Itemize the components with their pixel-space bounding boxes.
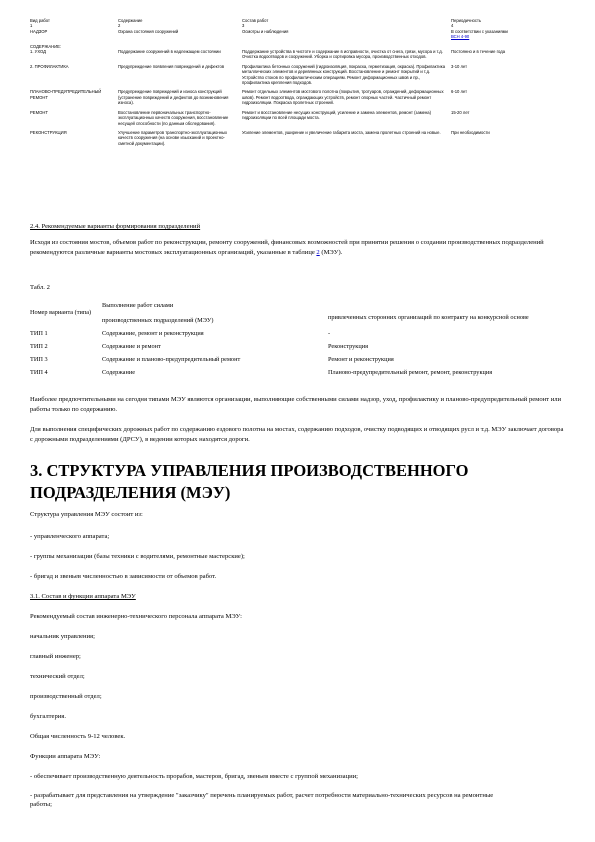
section-3-heading: 3. СТРУКТУРА УПРАВЛЕНИЯ ПРОИЗВОДСТВЕННОГ…: [30, 460, 570, 504]
table-cell: -: [328, 330, 573, 337]
table-cell: Усиление элементов, уширение и увеличени…: [242, 130, 451, 146]
table-cell: РЕКОНСТРУКЦИЯ: [30, 130, 118, 146]
table-cell: Содержание, ремонт и реконструкция: [102, 330, 328, 337]
table-cell: Содержание: [102, 369, 328, 376]
table-caption: Табл. 2: [30, 284, 50, 291]
table-cell: При необходимости: [451, 130, 541, 146]
list-item: технический отдел;: [30, 673, 85, 680]
type-cell: ТИП 4: [30, 369, 102, 376]
table-cell: Предупреждение появления повреждений и д…: [118, 64, 242, 86]
vsn-link[interactable]: ВСН 4-90: [451, 34, 469, 39]
table-cell: Восстановление первоначальных транспортн…: [118, 110, 242, 126]
table-cell: 3-10 лет: [451, 64, 541, 86]
type-cell: ТИП 2: [30, 343, 102, 350]
table-cell: Предупреждение повреждений и износа конс…: [118, 89, 242, 105]
table-row: ТИП 1 Содержание, ремонт и реконструкция…: [30, 330, 575, 343]
list-item: главный инженер;: [30, 653, 81, 660]
table-cell: Ремонт и реконструкция: [328, 356, 573, 363]
table-cell: 1. УХОД: [30, 49, 118, 60]
table-cell: Ремонт отдельных элементов мостового пол…: [242, 89, 451, 105]
paragraph-text: Исходя из состояния мостов, объемов рабо…: [30, 239, 544, 256]
table-cell: 15-20 лет: [451, 110, 541, 126]
type-cell: ТИП 3: [30, 356, 102, 363]
table-cell: Планово-предупредительный ремонт, ремонт…: [328, 369, 573, 376]
paragraph: Рекомендуемый состав инженерно-техническ…: [30, 613, 242, 620]
table-cell: Постоянно и в течение года: [451, 49, 541, 60]
table-row: РЕКОНСТРУКЦИЯ Улучшение параметров транс…: [30, 130, 575, 146]
table-row: ПЛАНОВО-ПРЕДУПРЕДИТЕЛЬНЫЙ РЕМОНТ Предупр…: [30, 89, 575, 105]
paragraph: Функции аппарата МЭУ:: [30, 753, 100, 760]
table-cell: Профилактика бетонных сооружений (гидрои…: [242, 64, 451, 86]
table-row: РЕМОНТ Восстановление первоначальных тра…: [30, 110, 575, 126]
list-item: начальник управления;: [30, 633, 95, 640]
table-cell: Содержание и ремонт: [102, 343, 328, 350]
list-item: производственный отдел;: [30, 693, 102, 700]
list-item: - разрабатывает для представления на утв…: [30, 791, 510, 809]
list-item: - обеспечивает производственную деятельн…: [30, 773, 358, 780]
paragraph: Общая численность 9-12 человек.: [30, 733, 125, 740]
table-cell: НАДЗОР: [30, 29, 118, 40]
header-cell: Номер варианта (типа): [30, 308, 102, 317]
table-row: ТИП 2 Содержание и ремонт Реконструкция: [30, 343, 575, 356]
table-cell: Поддержание устройства в чистоте и содер…: [242, 49, 451, 60]
paragraph-text: (МЭУ).: [320, 249, 343, 256]
document-page: Вид работ Содержание Состав работ Период…: [0, 0, 595, 842]
table-cell: Улучшение параметров транспортно-эксплуа…: [118, 130, 242, 146]
paragraph: Для выполнения специфических дорожных ра…: [30, 425, 565, 445]
table-cell: Ремонт и восстановление несущих конструк…: [242, 110, 451, 126]
type-cell: ТИП 1: [30, 330, 102, 337]
table-row: ТИП 3 Содержание и планово-предупредител…: [30, 356, 575, 369]
list-item: - группы механизации (базы техники с вод…: [30, 553, 245, 560]
table-row: ТИП 4 Содержание Планово-предупредительн…: [30, 369, 575, 382]
table-row: 1. УХОД Поддержание сооружений в надлежа…: [30, 49, 575, 60]
paragraph: Структура управления МЭУ состоит из:: [30, 511, 143, 518]
list-item: бухгалтерия.: [30, 713, 66, 720]
table-cell: Содержание и планово-предупредительный р…: [102, 356, 328, 363]
table-row: НАДЗОР Охрана состояния сооружений Осмот…: [30, 29, 575, 40]
table-cell: 6-10 лет: [451, 89, 541, 105]
table-cell: РЕМОНТ: [30, 110, 118, 126]
table-row: 2. ПРОФИЛАКТИКА Предупреждение появления…: [30, 64, 575, 86]
table-cell: 2. ПРОФИЛАКТИКА: [30, 64, 118, 86]
table-cell: Поддержание сооружений в надлежащем сост…: [118, 49, 242, 60]
list-item: - бригад и звеньев численностью в зависи…: [30, 573, 216, 580]
section-2-4-heading[interactable]: 2.4. Рекомендуемые варианты формирования…: [30, 223, 200, 230]
table-cell: Реконструкция: [328, 343, 573, 350]
table-cell: В соответствии с указаниями ВСН 4-90: [451, 29, 541, 40]
section-2-4-paragraph: Исходя из состояния мостов, объемов рабо…: [30, 238, 565, 258]
table-cell: ПЛАНОВО-ПРЕДУПРЕДИТЕЛЬНЫЙ РЕМОНТ: [30, 89, 118, 105]
header-cell: производственных подразделений (МЭУ): [102, 308, 328, 324]
table-cell: Осмотры и наблюдения: [242, 29, 451, 40]
table-cell: Охрана состояния сооружений: [118, 29, 242, 40]
header-cell: привлеченных сторонних организаций по ко…: [328, 308, 573, 322]
works-table: Вид работ Содержание Состав работ Период…: [30, 18, 575, 146]
section-3-1-heading[interactable]: 3.1. Состав и функции аппарата МЭУ: [30, 593, 136, 600]
variants-table: Выполнение работ силами Номер варианта (…: [30, 302, 575, 382]
paragraph: Наиболее предпочтительными на сегодня ти…: [30, 395, 565, 415]
list-item: - управленческого аппарата;: [30, 533, 109, 540]
